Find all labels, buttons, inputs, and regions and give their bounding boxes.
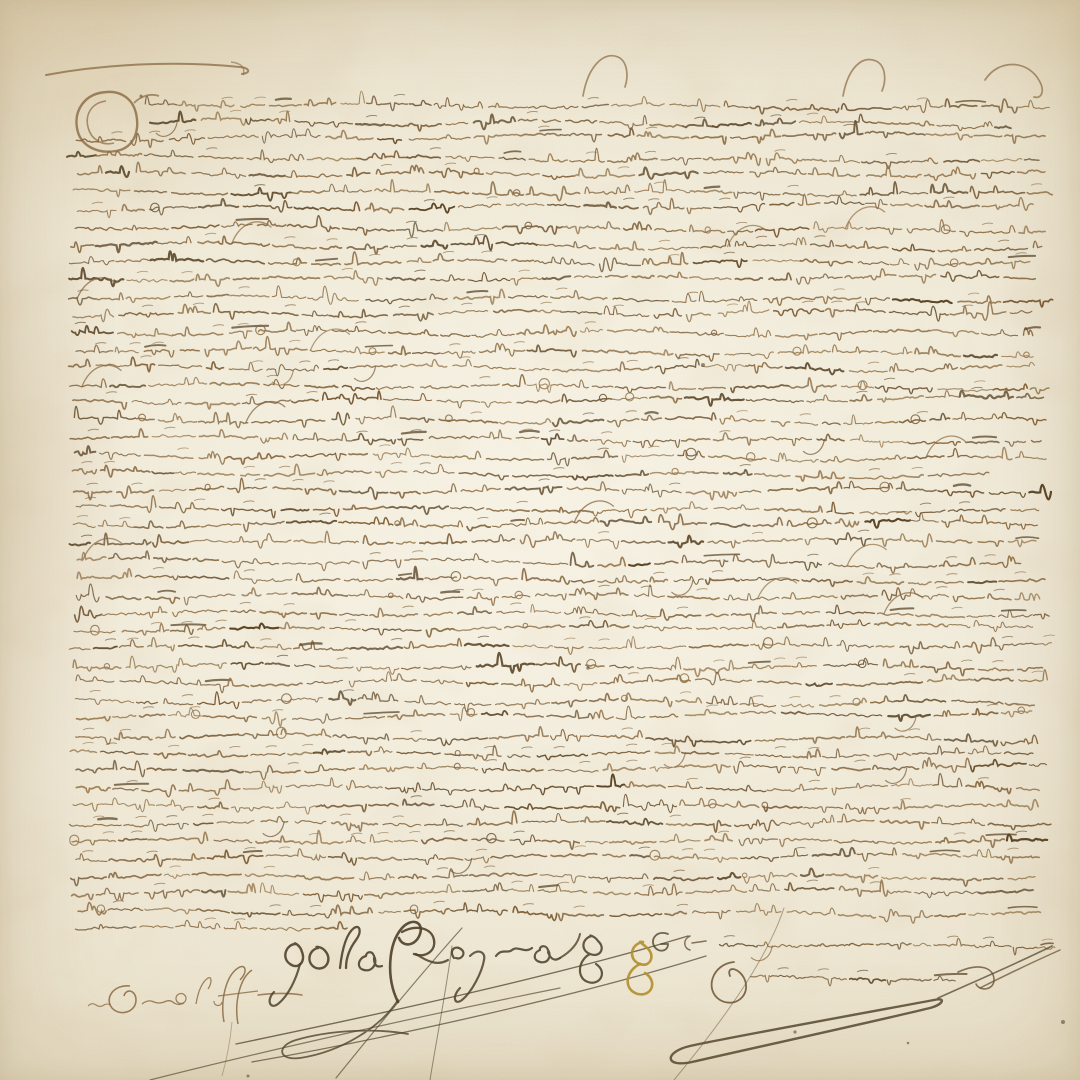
paper-grain: [0, 0, 1080, 1080]
manuscript-canvas: [0, 0, 1080, 1080]
manuscript-photo: [0, 0, 1080, 1080]
